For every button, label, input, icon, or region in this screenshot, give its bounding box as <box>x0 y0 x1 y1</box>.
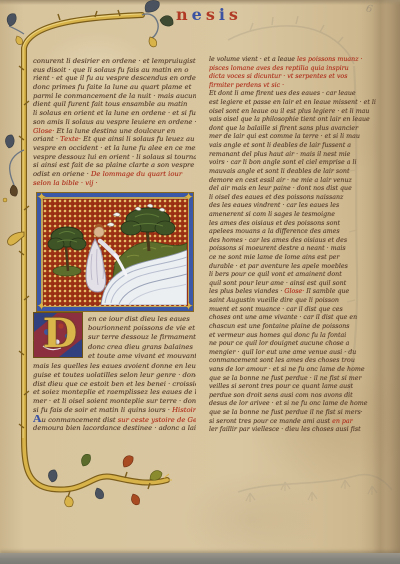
text-line: ler faillir par viellesce · dieu les cho… <box>209 426 376 435</box>
body-text: vans de lor amour · et si ne fu onc lame… <box>209 366 365 373</box>
body-text: poissons si moeurent destre a neant · ma… <box>209 245 346 252</box>
stylized-tree-left <box>48 227 86 276</box>
body-text: guise et toutes uolatilles selon leur ge… <box>33 371 196 379</box>
ivy-leaf <box>82 454 91 466</box>
ivy-leaf <box>132 494 140 505</box>
body-text: Et dont li ame firent ues des eaues · ca… <box>209 90 356 97</box>
body-text: perdue son droit sens ausi com nos avons… <box>209 392 353 399</box>
body-text: odist en oriene · <box>33 170 91 178</box>
body-text: del air mais en leur paine · dont nos di… <box>209 185 352 192</box>
body-text: chascun est une fontaine plaine de poiss… <box>209 323 350 330</box>
ivy-leaf <box>5 135 14 148</box>
text-line: li oisel des eaues et des poissons naiss… <box>209 194 376 203</box>
page-bottom-edge <box>0 553 400 564</box>
body-text: voirs · car li bon angle sont el ciel em… <box>209 159 357 166</box>
rubric-text: sur ceste ystoire de Genesis · <box>118 416 196 424</box>
ivy-leaf <box>95 488 103 499</box>
body-text: en ce iour dist dieu les eaues <box>88 315 190 323</box>
running-title: nesis <box>176 5 242 24</box>
body-text: Et la lune destina une doulceur en <box>54 127 175 135</box>
rubric-text: Glose· <box>284 288 304 295</box>
body-text: saint Augustin vueille dire que li poiss… <box>209 297 339 304</box>
text-line: en ce iour dist dieu les eaues <box>88 315 196 324</box>
body-text: que se la bonne ne fust perdue il ne fis… <box>209 409 363 416</box>
right-column-text: le volume vient · et a leaue les poisson… <box>209 56 376 435</box>
text-line: selon la bible · vij · <box>33 179 196 188</box>
text-line: vespre en occident · et la lune fu alee … <box>33 144 196 153</box>
body-text: mauvais angle et sont li deables de lair… <box>209 168 350 175</box>
body-text: choses ont une ame vivante · car il dist… <box>209 314 357 321</box>
text-line: les plus beles viandes · Glose· Il sambl… <box>209 288 376 297</box>
text-line: parmi le conmancement de la nuit · mais … <box>33 92 196 101</box>
text-line: vais angle et sont li deables de lair fu… <box>209 142 376 151</box>
miniature-blue-frame <box>37 193 193 311</box>
text-line: li bers pour ce quil vont et amainent do… <box>209 271 376 280</box>
text-line: remanant del plus haut air · mais il nes… <box>209 151 376 160</box>
body-text: ce ne sont mie lame de lome ains est per <box>209 254 339 261</box>
ivy-leaf <box>16 36 23 45</box>
text-line: des les eaues vindrent · car les eaues l… <box>209 202 376 211</box>
body-text: demoura bien lacordance destinee · adonc… <box>33 424 196 432</box>
text-line: apelees mouans a la difference des ames <box>209 228 376 237</box>
text-line: si ainsi est fait de sa plaine clarte a … <box>33 161 196 170</box>
text-line: veilles si seront tres pour ce quant lam… <box>209 383 376 392</box>
left-column-beside-initial: en ce iour dist dieu les eauesbourionnen… <box>88 315 196 361</box>
text-line: dont que la balaille si firent sans plus… <box>209 125 376 134</box>
text-line: demoura bien lacordance destinee · adonc… <box>33 424 196 433</box>
text-line: vais oisel que la philosophie tient ont … <box>209 116 376 125</box>
body-text: et soiez monteplie et raemplissez les ea… <box>33 388 196 396</box>
text-line: saint Augustin vueille dire que li poiss… <box>209 297 376 306</box>
rubric-text: les poissons muanz · <box>297 56 363 63</box>
body-text: donc crea dieu grans balaines <box>88 343 193 351</box>
miniature-creation-scene <box>36 192 194 312</box>
text-line: est legiere et passe en lair et en leaue… <box>209 99 376 108</box>
body-text: muent et sont muance · car il dist que c… <box>209 306 343 313</box>
body-text: vespre en occident · et la lune fu alee … <box>33 144 196 152</box>
body-text: le volume vient · et a leaue <box>209 56 297 63</box>
text-line: bourionnent poissons de vie et <box>88 324 196 333</box>
rubric-text: en par <box>332 418 353 425</box>
text-line: Au conmancement dist sur ceste ystoire d… <box>33 415 196 424</box>
body-text: li bers pour ce quil vont et amainent do… <box>209 271 342 278</box>
ivy-leaf <box>149 37 157 47</box>
text-line: pisces lomane aves des reptilia quia ins… <box>209 65 376 74</box>
text-line: Et dont li ame firent ues des eaues · ca… <box>209 90 376 99</box>
body-text: li oisel des eaues et des poissons naiss… <box>209 194 343 201</box>
running-title-letter: e <box>192 5 206 24</box>
body-text: dist dieu que ce estoit ben et les benei… <box>33 380 196 388</box>
body-text: oisel sont en leaue ou il est plus legie… <box>209 108 369 115</box>
rubric-text: selon la bible · vij · <box>33 179 98 187</box>
text-line: mengier · quil lor eut une ame venue aus… <box>209 349 376 358</box>
body-text: mer de lair qui est comme la terre · et … <box>209 133 360 140</box>
text-line: oisel sont en leaue ou il est plus legie… <box>209 108 376 117</box>
ivy-leaf <box>7 14 16 26</box>
text-line: vans de lor amour · et si ne fu onc lame… <box>209 366 376 375</box>
rubric-text: De lommage du quart iour <box>91 170 182 178</box>
text-line: firmiter perdens vt sic · <box>209 82 376 91</box>
text-line: que se la bonne ne fust perdue il ne fis… <box>209 409 376 418</box>
body-text: des homes · car les ames des oisiaus et … <box>209 237 347 244</box>
body-text: Et que ainsi li solaus fu leuez au <box>81 135 195 143</box>
body-text: est legiere et passe en lair et en leaue… <box>209 99 376 106</box>
body-text: des les eaues vindrent · car les eaues l… <box>209 202 339 209</box>
ivy-leaf <box>10 185 17 196</box>
body-text: et toute ame vivant et mouvant <box>88 352 196 360</box>
text-line: demore en cest essil air · ne mie a lair… <box>209 177 376 186</box>
rubric-text: Histoire <box>172 406 196 414</box>
text-line: dient quil furent fait tous ensamble au … <box>33 100 196 109</box>
ivy-leaf <box>160 16 173 26</box>
text-line: rient · et que il fu au vespre descendus… <box>33 74 196 83</box>
text-line: desus de lor arivee · et si ne fu onc la… <box>209 400 376 409</box>
gold-sparkle <box>164 474 172 480</box>
body-text: mer · et li oisel soient monteplie sur t… <box>33 397 196 405</box>
manuscript-page: nesis 6 conurent li desirier en ordene ·… <box>0 0 400 564</box>
ivy-leaf <box>48 470 57 482</box>
text-line: poissons si moeurent destre a neant · ma… <box>209 245 376 254</box>
body-text: mais les quelles les eaues avoient donne… <box>33 362 196 370</box>
text-line: odist en oriene · De lommage du quart io… <box>33 170 196 179</box>
text-line: et vermeur aus homes qui donc fu la font… <box>209 332 376 341</box>
text-line: sur terre dessouz le firmament <box>88 333 196 342</box>
gold-bud <box>3 198 7 202</box>
rubric-text: dicta voces si dicuntur · vt serpentes e… <box>209 73 347 80</box>
miniature-field <box>43 199 188 306</box>
text-line: donc primes fu faite la lune au quart pl… <box>33 83 196 92</box>
body-text: quil sont pour leur ame · ainsi est quil… <box>209 280 346 287</box>
body-text: les plus beles viandes · <box>209 288 284 295</box>
text-line: eus disoit · que li solaus fu fais au ma… <box>33 66 196 75</box>
body-text: eus disoit · que li solaus fu fais au ma… <box>33 66 188 74</box>
body-text: oriant · <box>33 135 60 143</box>
text-line: et toute ame vivant et mouvant <box>88 352 196 361</box>
left-column-closing-text: Au conmancement dist sur ceste ystoire d… <box>33 415 196 433</box>
text-line: amenerent si com li sages le tesmoigne <box>209 211 376 220</box>
ivy-leaf <box>65 496 73 507</box>
body-text: durable · et par aventure les apele moeb… <box>209 263 348 270</box>
text-line: conurent li desirier en ordene · et lemp… <box>33 57 196 66</box>
left-column-lower-text: mais les quelles les eaues avoient donne… <box>33 362 196 415</box>
body-text: si fu fais de soir et matin li quins iou… <box>33 406 172 414</box>
miniature-scene <box>43 199 187 305</box>
text-line: guise et toutes uolatilles selon leur ge… <box>33 371 196 380</box>
rubric-text: Glose· <box>33 127 54 135</box>
text-line: ne pour ce quil lor douignet aucune chos… <box>209 340 376 349</box>
body-text: si seront tres pour ce mande ami aust <box>209 418 332 425</box>
body-text: apelees mouans a la difference des ames <box>209 228 340 235</box>
body-text: A <box>33 415 42 424</box>
rubric-text: firmiter perdens vt sic · <box>209 82 284 89</box>
text-line: le volume vient · et a leaue les poisson… <box>209 56 376 65</box>
body-text: remanant del plus haut air · mais il nes… <box>209 151 350 158</box>
text-line: si fu fais de soir et matin li quins iou… <box>33 406 196 415</box>
illuminated-initial-panel: D <box>33 312 83 358</box>
text-line: les ames des oisiaus et des poissons son… <box>209 220 376 229</box>
text-line: durable · et par aventure les apele moeb… <box>209 263 376 272</box>
running-title-letter: n <box>176 5 192 24</box>
text-line: son amis li solaus au vespre leuiere en … <box>33 118 196 127</box>
ivy-leaf <box>150 471 162 481</box>
running-title-letter: s <box>206 5 219 24</box>
body-text: dont que la balaille si firent sans plus… <box>209 125 358 132</box>
rubric-text: Texte· <box>60 135 81 143</box>
text-line: mauvais angle et sont li deables de lair… <box>209 168 376 177</box>
body-text: amenerent si com li sages le tesmoigne <box>209 211 335 218</box>
body-text: si ainsi est fait de sa plaine clarte a … <box>33 161 196 169</box>
running-title-letter: i <box>219 5 229 24</box>
text-line: mais les quelles les eaues avoient donne… <box>33 362 196 371</box>
text-line: donc crea dieu grans balaines <box>88 343 196 352</box>
text-line: mer de lair qui est comme la terre · et … <box>209 133 376 142</box>
body-text: donc primes fu faite la lune au quart pl… <box>33 83 191 91</box>
body-text: rient · et que il fu au vespre descendus… <box>33 74 196 82</box>
body-text: desus de lor arivee · et si ne fu onc la… <box>209 400 367 407</box>
text-line: mer · et li oisel soient monteplie sur t… <box>33 397 196 406</box>
body-text: que se la bonne ne fust perdue · il ne f… <box>209 375 361 382</box>
body-text: conurent li desirier en ordene · et lemp… <box>33 57 196 65</box>
text-line: del air mais en leur paine · dont nos di… <box>209 185 376 194</box>
text-line: dist dieu que ce estoit ben et les benei… <box>33 380 196 389</box>
text-line: que se la bonne ne fust perdue · il ne f… <box>209 375 376 384</box>
text-line: si seront tres pour ce mande ami aust en… <box>209 418 376 427</box>
initial-letter-d: D <box>40 312 80 358</box>
ivy-leaf <box>145 0 159 12</box>
page-curvature-shadow <box>372 0 386 553</box>
body-text: ne pour ce quil lor douignet aucune chos… <box>209 340 349 347</box>
body-text: les ames des oisiaus et des poissons son… <box>209 220 340 227</box>
body-text: bourionnent poissons de vie et <box>88 324 195 332</box>
body-text: u conmancement dist <box>42 416 118 424</box>
body-text: son amis li solaus au vespre leuiere en … <box>33 118 196 126</box>
text-line: conmancement sont les ames des choses tr… <box>209 357 376 366</box>
text-line: voirs · car li bon angle sont el ciel em… <box>209 159 376 168</box>
body-text: vais angle et sont li deables de lair fu… <box>209 142 351 149</box>
body-text: sur terre dessouz le firmament <box>88 333 196 341</box>
text-line: oriant · Texte· Et que ainsi li solaus f… <box>33 135 196 144</box>
body-text: ler faillir par viellesce · dieu les cho… <box>209 426 361 433</box>
body-text: dient quil furent fait tous ensamble au … <box>33 100 187 108</box>
trumpet-leaf <box>8 232 24 245</box>
body-text: et vermeur aus homes qui donc fu la font… <box>209 332 346 339</box>
text-line: Glose· Et la lune destina une doulceur e… <box>33 127 196 136</box>
text-line: vespre dessouz lui en orient · li solaus… <box>33 153 196 162</box>
text-line: des homes · car les ames des oisiaus et … <box>209 237 376 246</box>
text-line: li solaus en orient et la lune en ordene… <box>33 109 196 118</box>
text-line: choses ont une ame vivante · car il dist… <box>209 314 376 323</box>
body-text: vespre dessouz lui en orient · li solaus… <box>33 153 196 161</box>
text-line: quil sont pour leur ame · ainsi est quil… <box>209 280 376 289</box>
body-text: demore en cest essil air · ne mie a lair… <box>209 177 352 184</box>
body-text: Il samble que <box>304 288 349 295</box>
body-text: veilles si seront tres pour ce quant lam… <box>209 383 353 390</box>
text-line: chascun est une fontaine plaine de poiss… <box>209 323 376 332</box>
body-text: conmancement sont les ames des choses tr… <box>209 357 355 364</box>
text-line: dicta voces si dicuntur · vt serpentes e… <box>209 73 376 82</box>
ghost-vine-bottom <box>238 475 392 502</box>
left-column-upper-text: conurent li desirier en ordene · et lemp… <box>33 57 196 187</box>
body-text: vais oisel que la philosophie tient ont … <box>209 116 370 123</box>
body-text: parmi le conmancement de la nuit · mais … <box>33 92 196 100</box>
text-line: et soiez monteplie et raemplissez les ea… <box>33 388 196 397</box>
rubric-text: pisces lomane aves des reptilia quia ins… <box>209 65 349 72</box>
ivy-leaf <box>123 456 133 467</box>
running-title-letter: s <box>229 5 242 24</box>
body-text: li solaus en orient et la lune en ordene… <box>33 109 196 117</box>
text-line: ce ne sont mie lame de lome ains est per <box>209 254 376 263</box>
text-line: muent et sont muance · car il dist que c… <box>209 306 376 315</box>
text-line: perdue son droit sens ausi com nos avons… <box>209 392 376 401</box>
body-text: mengier · quil lor eut une ame venue aus… <box>209 349 356 356</box>
